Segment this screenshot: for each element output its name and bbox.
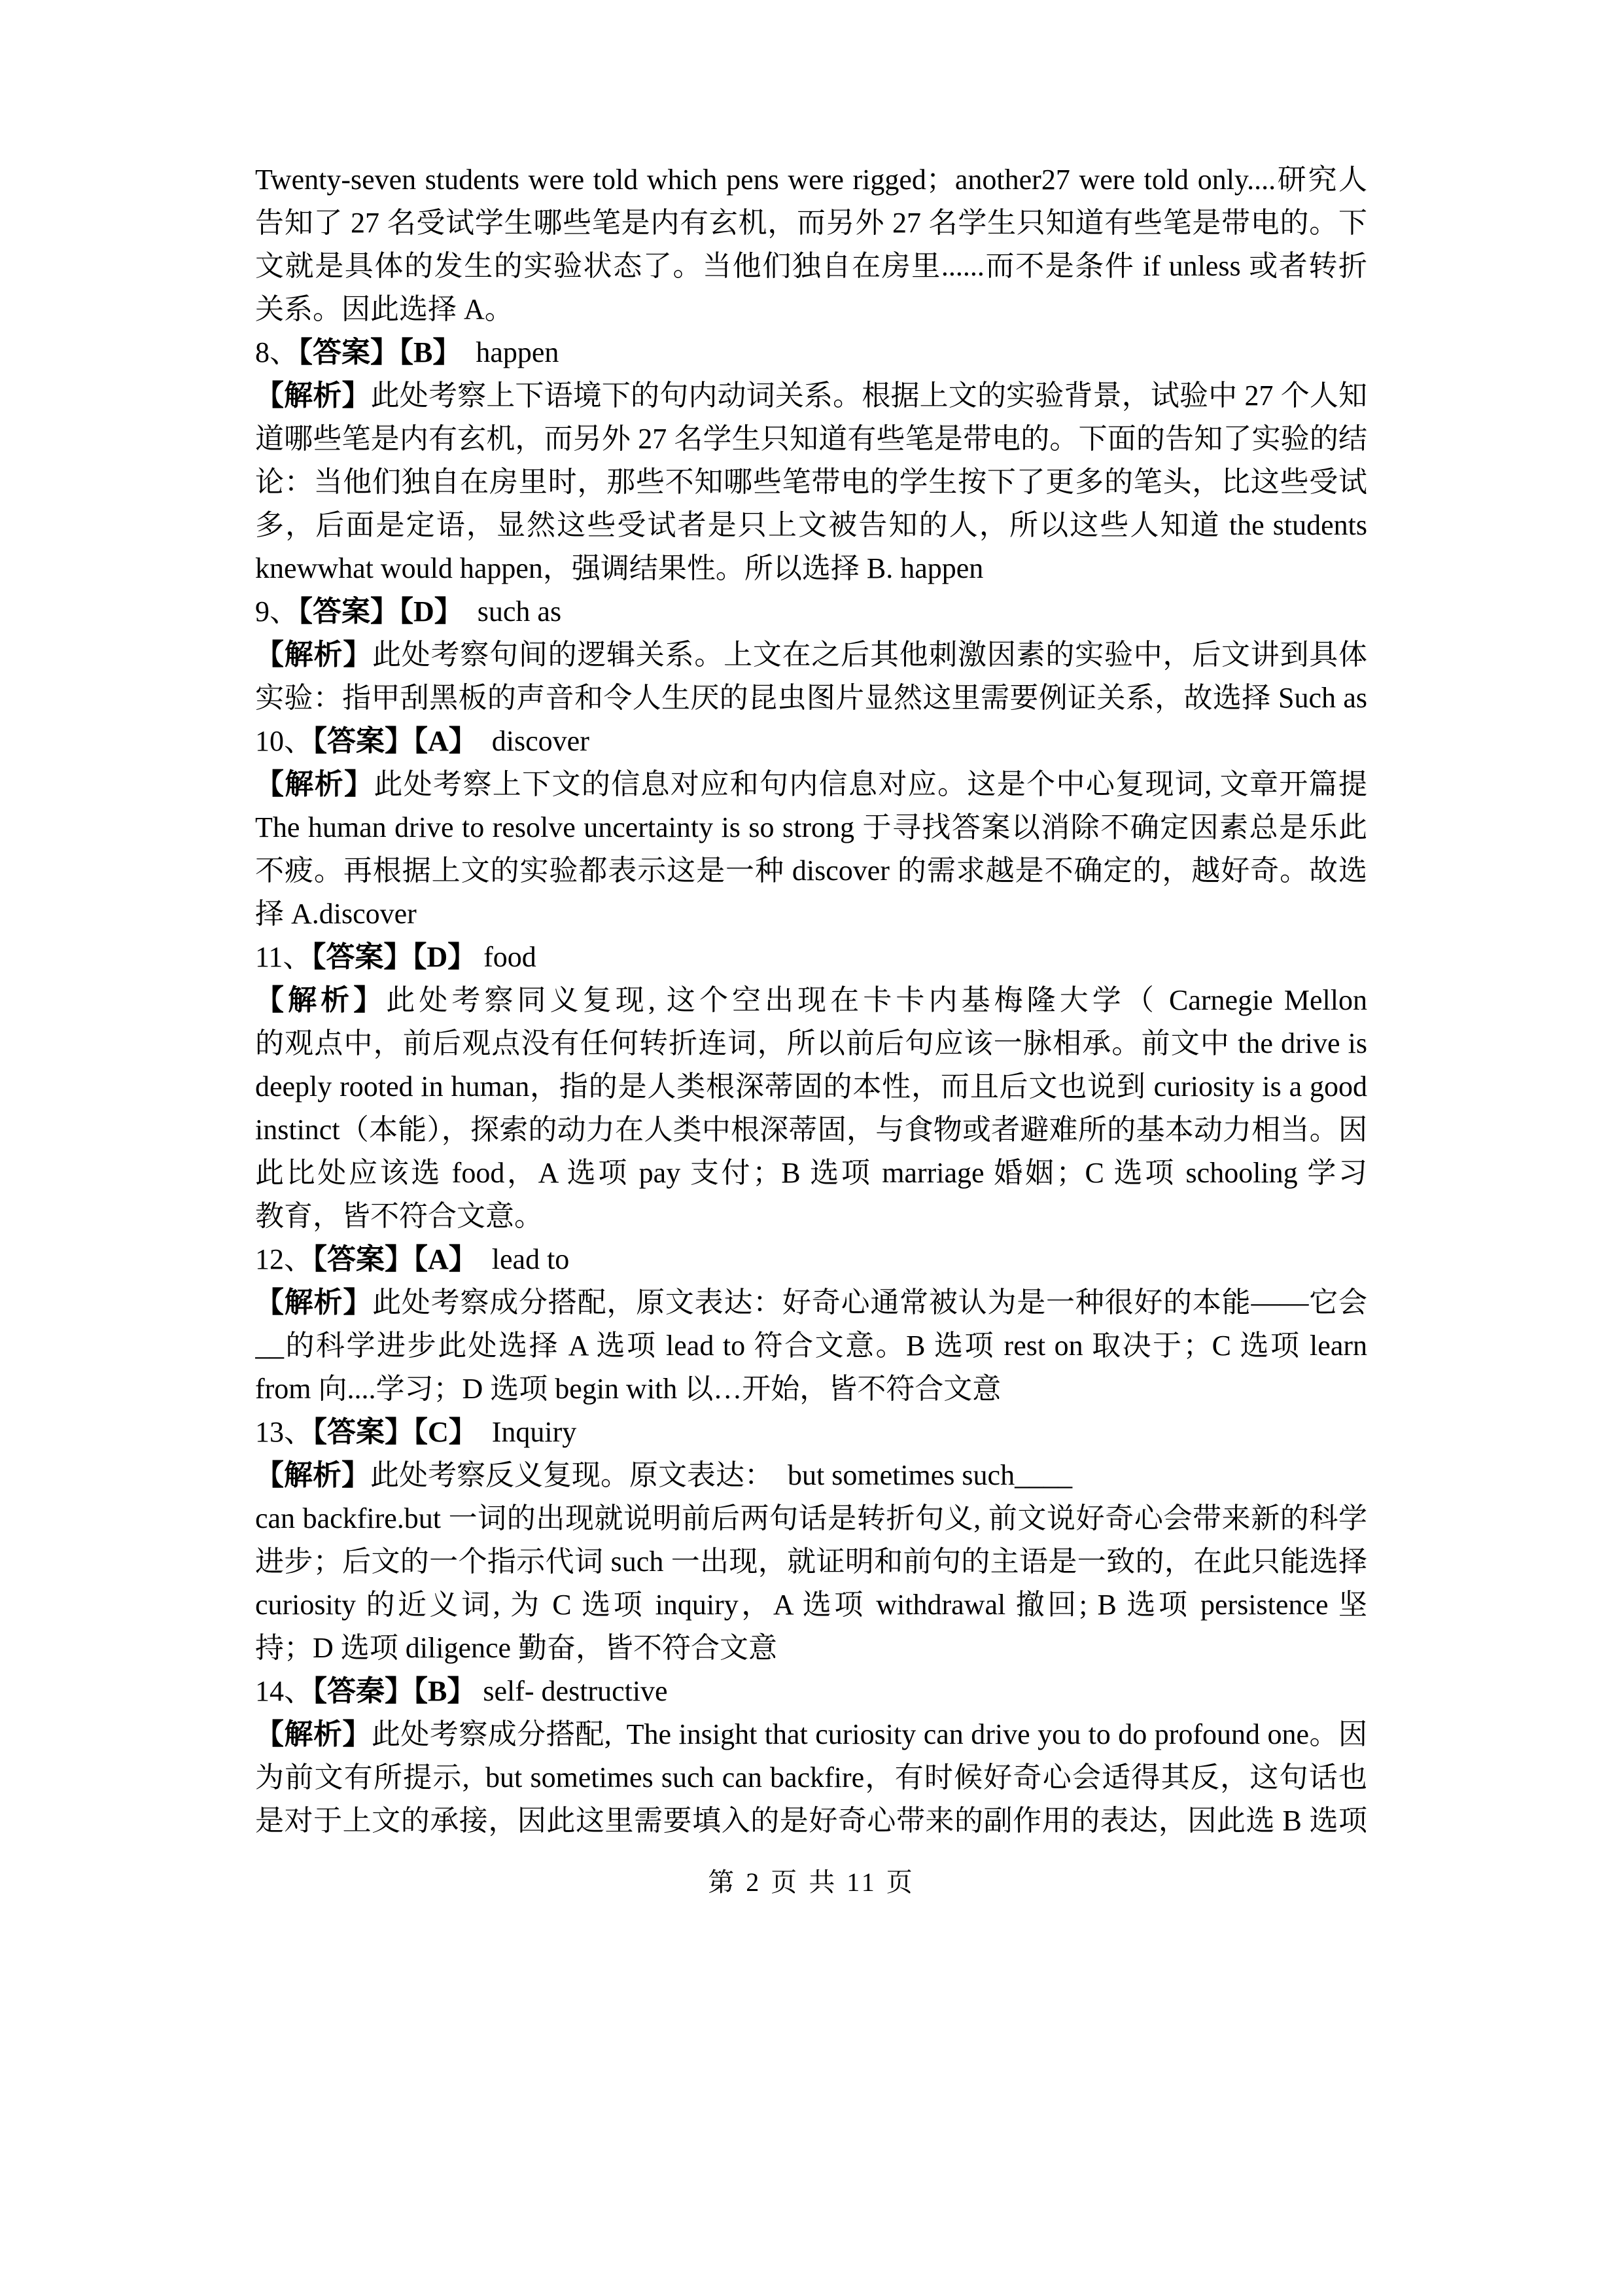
body-text: 9、	[255, 595, 298, 627]
bold-marker-text: 【答秦】【B】	[313, 1675, 476, 1707]
answer-13-line: 进步；后文的一个指示代词 such 一出现，就证明和前句的主语是一致的，在此只能…	[255, 1540, 1367, 1583]
answer-11-line: 【解析】此处考察同义复现, 这个空出现在卡卡内基梅隆大学（ Carnegie M…	[255, 979, 1367, 1022]
answer-9-line: 9、【答案】【D】 such as	[255, 590, 1367, 633]
bold-marker-text: 【答案】【D】	[311, 941, 476, 973]
answer-14-line: 【解析】此处考察成分搭配, The insight that curiosity…	[255, 1713, 1367, 1756]
body-text: 持；D 选项 diligence 勤奋，皆不符合文意	[255, 1632, 777, 1664]
body-text: 实验：指甲刮黑板的声音和令人生厌的昆虫图片显然这里需要例证关系，故选择 Such…	[255, 682, 1367, 714]
page-number-footer: 第 2 页 共 11 页	[0, 1861, 1623, 1904]
answer-13-line: curiosity 的近义词, 为 C 选项 inquiry，A 选项 with…	[255, 1583, 1367, 1627]
body-text: 择 A.discover	[255, 898, 417, 930]
body-text: 多，后面是定语，显然这些受试者是只上文被告知的人，所以这些人知道 the stu…	[255, 509, 1367, 547]
answer-11-line: 教育，皆不符合文意。	[255, 1195, 1367, 1238]
bold-marker-text: 【答案】【A】	[313, 725, 478, 757]
answer-13-line: 持；D 选项 diligence 勤奋，皆不符合文意	[255, 1627, 1367, 1670]
answer-13-line: 13、【答案】【C】 Inquiry	[255, 1411, 1367, 1454]
answer-8-line: 【解析】此处考察上下语境下的句内动词关系。根据上文的实验背景，试验中 27 个人…	[255, 374, 1367, 417]
body-text: lead to	[478, 1243, 570, 1275]
intro-paragraph-line: 文就是具体的发生的实验状态了。当他们独自在房里......而不是条件 if un…	[255, 245, 1367, 288]
bold-marker-text: 【解析】	[255, 1718, 372, 1750]
body-text: self- destructive	[476, 1675, 667, 1707]
answer-8-line: 8、【答案】【B】 happen	[255, 331, 1367, 374]
body-text: 13、	[255, 1416, 313, 1448]
answer-11-line: instinct（本能），探索的动力在人类中根深蒂固，与食物或者避难所的基本动力…	[255, 1108, 1367, 1152]
body-text: Twenty-seven students were told which pe…	[255, 164, 1367, 202]
body-text: 的观点中，前后观点没有任何转折连词，所以前后句应该一脉相承。前文中 the dr…	[255, 1027, 1367, 1059]
body-text: 此比处应该选 food，A 选项 pay 支付；B 选项 marriage 婚姻…	[255, 1157, 1367, 1189]
intro-paragraph-line: 告知了 27 名受试学生哪些笔是内有玄机，而另外 27 名学生只知道有些笔是带电…	[255, 202, 1367, 245]
answer-11-line: deeply rooted in human，指的是人类根深蒂固的本性，而且后文…	[255, 1065, 1367, 1108]
answer-9-line: 【解析】此处考察句间的逻辑关系。上文在之后其他刺激因素的实验中，后文讲到具体的	[255, 633, 1367, 677]
bold-marker-text: 【答案】【B】	[298, 336, 461, 368]
bold-marker-text: 【解析】	[255, 768, 374, 800]
bold-marker-text: 【答案】【A】	[313, 1243, 478, 1275]
body-text: __的科学进步此处选择 A 选项 lead to 符合文意。B 选项 rest …	[255, 1330, 1367, 1362]
document-lines: Twenty-seven students were told which pe…	[255, 158, 1367, 1843]
answer-12-line: 12、【答案】【A】 lead to	[255, 1238, 1367, 1281]
body-text: 不疲。再根据上文的实验都表示这是一种 discover 的需求越是不确定的，越好…	[255, 855, 1367, 887]
answer-10-line: 不疲。再根据上文的实验都表示这是一种 discover 的需求越是不确定的，越好…	[255, 849, 1367, 892]
bold-marker-text: 【解析】	[255, 639, 372, 671]
body-text: discover	[478, 725, 589, 757]
body-text: 教育，皆不符合文意。	[255, 1200, 543, 1232]
body-text: 告知了 27 名受试学生哪些笔是内有玄机，而另外 27 名学生只知道有些笔是带电…	[255, 207, 1367, 239]
answer-12-line: __的科学进步此处选择 A 选项 lead to 符合文意。B 选项 rest …	[255, 1324, 1367, 1368]
body-text: 是对于上文的承接，因此这里需要填入的是好奇心带来的副作用的表达，因此选 B 选项	[255, 1805, 1367, 1837]
body-text: 文就是具体的发生的实验状态了。当他们独自在房里......而不是条件 if un…	[255, 250, 1367, 282]
body-text: 此处考察反义复现。原文表达： but sometimes such____	[370, 1459, 1072, 1491]
answer-14-line: 是对于上文的承接，因此这里需要填入的是好奇心带来的副作用的表达，因此选 B 选项	[255, 1799, 1367, 1843]
answer-13-line: 【解析】此处考察反义复现。原文表达： but sometimes such___…	[255, 1454, 1367, 1497]
body-text: 此处考察上下语境下的句内动词关系。根据上文的实验背景，试验中 27 个人知	[371, 380, 1367, 412]
answer-11-line: 的观点中，前后观点没有任何转折连词，所以前后句应该一脉相承。前文中 the dr…	[255, 1022, 1367, 1065]
answer-11-line: 11、【答案】【D】 food	[255, 936, 1367, 979]
document-page: Twenty-seven students were told which pe…	[0, 0, 1623, 2296]
body-text: 为前文有所提示, but sometimes such can backfire…	[255, 1761, 1367, 1793]
answer-10-line: 【解析】此处考察上下文的信息对应和句内信息对应。这是个中心复现词, 文章开篇提出…	[255, 763, 1367, 806]
answer-14-line: 14、【答秦】【B】 self- destructive	[255, 1670, 1367, 1713]
body-text: from 向....学习；D 选项 begin with 以…开始，皆不符合文意	[255, 1373, 1001, 1405]
answer-11-line: 此比处应该选 food，A 选项 pay 支付；B 选项 marriage 婚姻…	[255, 1152, 1367, 1195]
body-text: 关系。因此选择 A。	[255, 293, 514, 325]
body-text: 11、	[255, 941, 311, 973]
answer-8-line: 道哪些笔是内有玄机，而另外 27 名学生只知道有些笔是带电的。下面的告知了实验的…	[255, 417, 1367, 461]
answer-10-line: 10、【答案】【A】 discover	[255, 720, 1367, 763]
body-text: 10、	[255, 725, 313, 757]
answer-12-line: from 向....学习；D 选项 begin with 以…开始，皆不符合文意	[255, 1368, 1367, 1411]
body-text: The human drive to resolve uncertainty i…	[255, 811, 1367, 843]
answer-14-line: 为前文有所提示, but sometimes such can backfire…	[255, 1756, 1367, 1799]
bold-marker-text: 【解析】	[255, 984, 386, 1016]
bold-marker-text: 【答案】【D】	[298, 595, 463, 627]
body-text: Inquiry	[478, 1416, 577, 1448]
body-text: 此处考察同义复现, 这个空出现在卡卡内基梅隆大学（ Carnegie Mello…	[255, 984, 1367, 1022]
bold-marker-text: 【解析】	[255, 1286, 372, 1318]
body-text: 此处考察成分搭配，原文表达：好奇心通常被认为是一种很好的本能——它会__	[255, 1286, 1367, 1324]
body-text: deeply rooted in human，指的是人类根深蒂固的本性，而且后文…	[255, 1070, 1367, 1103]
answer-10-line: 择 A.discover	[255, 892, 1367, 936]
body-text: such as	[463, 595, 561, 627]
body-text: food	[476, 941, 536, 973]
body-text: 12、	[255, 1243, 313, 1275]
answer-8-line: 论：当他们独自在房里时，那些不知哪些笔带电的学生按下了更多的笔头，比这些受试者	[255, 461, 1367, 504]
body-text: 8、	[255, 336, 298, 368]
answer-12-line: 【解析】此处考察成分搭配，原文表达：好奇心通常被认为是一种很好的本能——它会__	[255, 1281, 1367, 1324]
bold-marker-text: 【解析】	[255, 380, 371, 412]
body-text: 进步；后文的一个指示代词 such 一出现，就证明和前句的主语是一致的，在此只能…	[255, 1545, 1367, 1578]
bold-marker-text: 【解析】	[255, 1459, 370, 1491]
answer-8-line: knewwhat would happen，强调结果性。所以选择 B. happ…	[255, 547, 1367, 590]
body-text: can backfire.but 一词的出现就说明前后两句话是转折句义, 前文说…	[255, 1502, 1367, 1534]
body-text: 论：当他们独自在房里时，那些不知哪些笔带电的学生按下了更多的笔头，比这些受试者	[255, 466, 1367, 504]
answer-9-line: 实验：指甲刮黑板的声音和令人生厌的昆虫图片显然这里需要例证关系，故选择 Such…	[255, 677, 1367, 720]
body-text: curiosity 的近义词, 为 C 选项 inquiry，A 选项 with…	[255, 1589, 1367, 1621]
intro-paragraph-line: 关系。因此选择 A。	[255, 288, 1367, 331]
body-text: 此处考察成分搭配, The insight that curiosity can…	[372, 1718, 1367, 1750]
body-text: happen	[461, 336, 559, 368]
body-text: 此处考察上下文的信息对应和句内信息对应。这是个中心复现词, 文章开篇提出：	[255, 768, 1367, 806]
body-text: 14、	[255, 1675, 313, 1707]
answer-8-line: 多，后面是定语，显然这些受试者是只上文被告知的人，所以这些人知道 the stu…	[255, 504, 1367, 547]
body-text: 道哪些笔是内有玄机，而另外 27 名学生只知道有些笔是带电的。下面的告知了实验的…	[255, 423, 1367, 455]
bold-marker-text: 【答案】【C】	[313, 1416, 478, 1448]
answer-10-line: The human drive to resolve uncertainty i…	[255, 806, 1367, 849]
body-text: 此处考察句间的逻辑关系。上文在之后其他刺激因素的实验中，后文讲到具体的	[255, 639, 1367, 677]
answer-13-line: can backfire.but 一词的出现就说明前后两句话是转折句义, 前文说…	[255, 1497, 1367, 1540]
body-text: instinct（本能），探索的动力在人类中根深蒂固，与食物或者避难所的基本动力…	[255, 1114, 1367, 1146]
body-text: knewwhat would happen，强调结果性。所以选择 B. happ…	[255, 552, 983, 584]
intro-paragraph-line: Twenty-seven students were told which pe…	[255, 158, 1367, 202]
